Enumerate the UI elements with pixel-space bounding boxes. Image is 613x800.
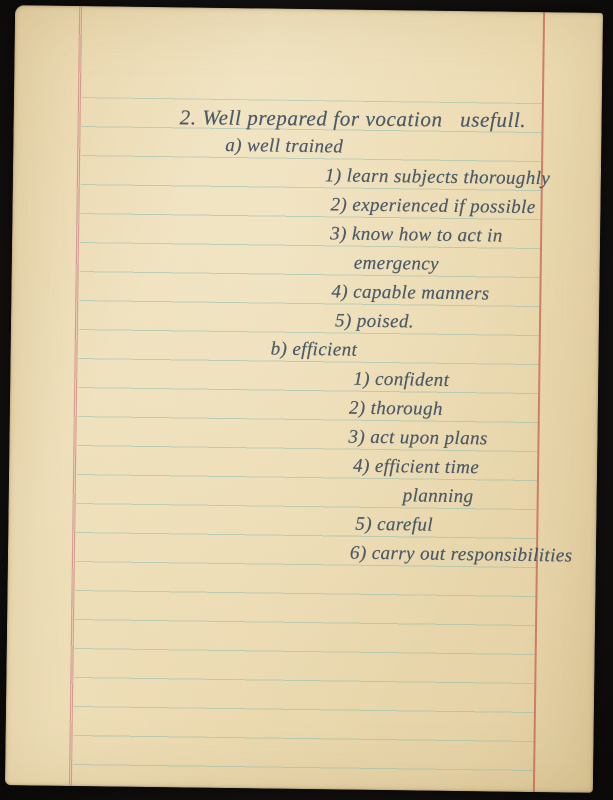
handwriting-line: 4) efficient time [353,454,479,482]
handwriting-line: 1) learn subjects thoroughly [325,163,551,192]
handwriting-line: 2) thorough [349,396,443,423]
handwriting-line: 3) act upon plans [348,425,488,453]
handwriting-line: 6) carry out responsibilities [350,541,573,570]
handwriting-line: 5) poised. [335,308,414,335]
notebook-paper: 2. Well prepared for vocation usefull.a)… [5,5,603,793]
handwriting-line: a) well trained [225,133,343,161]
handwriting-line: emergency [354,251,440,278]
handwriting-line: 5) careful [355,512,433,539]
handwriting-line: b) efficient [270,337,357,364]
handwriting-line: 1) confident [353,367,449,394]
handwriting-line: 4) capable manners [331,279,489,307]
scanner-background: 2. Well prepared for vocation usefull.a)… [0,0,613,800]
handwriting-line: 3) know how to act in [330,221,503,249]
handwriting-layer: 2. Well prepared for vocation usefull.a)… [5,5,603,793]
handwriting-line: 2) experienced if possible [330,192,535,221]
handwriting-line: 2. Well prepared for vocation usefull. [180,104,527,133]
handwriting-line: planning [403,483,474,510]
